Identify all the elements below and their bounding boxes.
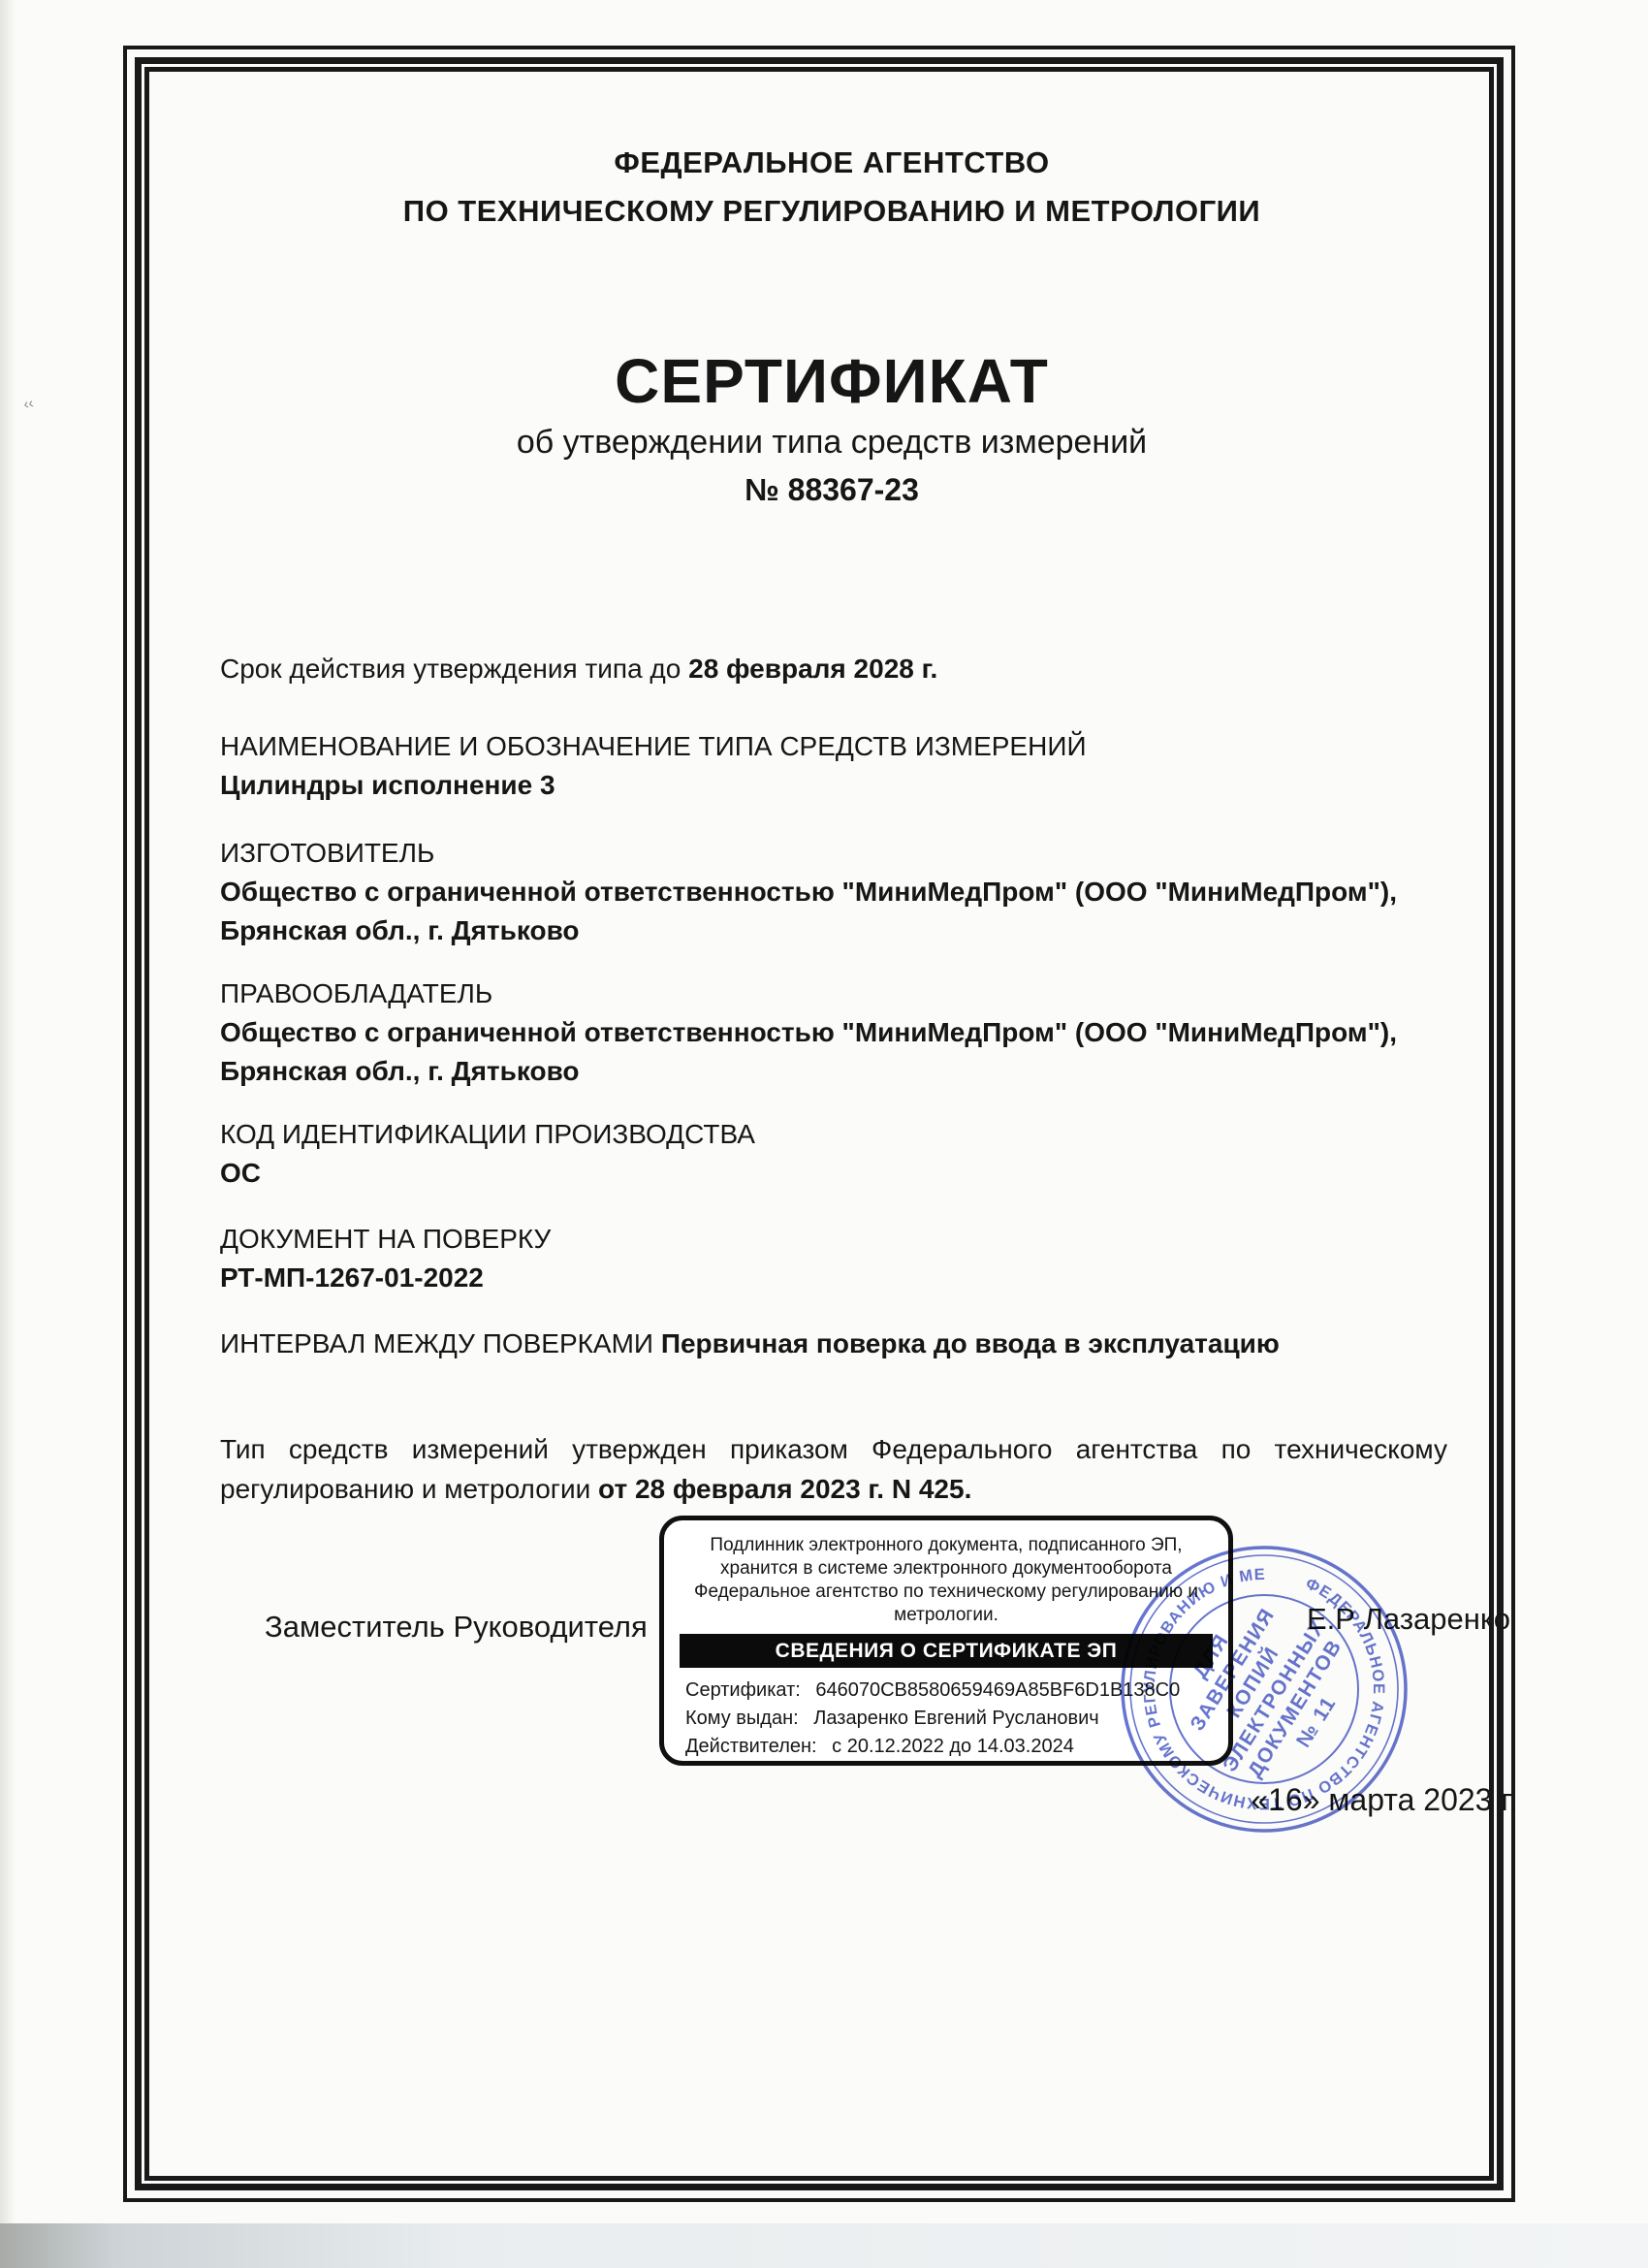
section-manufacturer: ИЗГОТОВИТЕЛЬ Общество с ограниченной отв…	[220, 834, 1447, 950]
section-label: ДОКУМЕНТ НА ПОВЕРКУ	[220, 1220, 1447, 1259]
validity-value: 28 февраля 2028 г.	[688, 654, 937, 684]
section-production-id-code: КОД ИДЕНТИФИКАЦИИ ПРОИЗВОДСТВА ОС	[220, 1115, 1447, 1193]
approval-paragraph-line1: Тип средств измерений утвержден приказом…	[220, 1430, 1447, 1469]
validity-line: Срок действия утверждения типа до 28 фев…	[220, 650, 1447, 688]
section-label: ИЗГОТОВИТЕЛЬ	[220, 834, 1447, 873]
esign-row-value: Лазаренко Евгений Русланович	[813, 1708, 1098, 1729]
scan-edge-left	[0, 0, 16, 2268]
validity-label: Срок действия утверждения типа до	[220, 654, 681, 684]
scan-edge-bottom	[0, 2223, 1648, 2268]
section-label: КОД ИДЕНТИФИКАЦИИ ПРОИЗВОДСТВА	[220, 1115, 1447, 1154]
interval-label: ИНТЕРВАЛ МЕЖДУ ПОВЕРКАМИ	[220, 1328, 653, 1358]
section-value-line1: Общество с ограниченной ответственностью…	[220, 1013, 1447, 1052]
section-label: ПРАВООБЛАДАТЕЛЬ	[220, 974, 1447, 1013]
section-type-name: НАИМЕНОВАНИЕ И ОБОЗНАЧЕНИЕ ТИПА СРЕДСТВ …	[220, 727, 1447, 805]
section-value: РТ-МП-1267-01-2022	[220, 1259, 1447, 1297]
verification-interval-line: ИНТЕРВАЛ МЕЖДУ ПОВЕРКАМИ Первичная повер…	[220, 1325, 1447, 1363]
agency-name-line2: ПО ТЕХНИЧЕСКОМУ РЕГУЛИРОВАНИЮ И МЕТРОЛОГ…	[220, 194, 1443, 229]
certificate-title: СЕРТИФИКАТ	[220, 345, 1443, 417]
section-value-line2: Брянская обл., г. Дятьково	[220, 911, 1447, 950]
section-value-line2: Брянская обл., г. Дятьково	[220, 1052, 1447, 1091]
esign-row-label: Сертификат:	[685, 1679, 801, 1701]
agency-name-line1: ФЕДЕРАЛЬНОЕ АГЕНТСТВО	[220, 145, 1443, 180]
approval-line2-regular: регулированию и метрологии	[220, 1474, 590, 1504]
interval-value: Первичная поверка до ввода в эксплуатаци…	[661, 1328, 1280, 1358]
approval-line2-bold: от 28 февраля 2023 г. N 425.	[598, 1474, 971, 1504]
esign-row-label: Кому выдан:	[685, 1708, 799, 1729]
section-value-line1: Общество с ограниченной ответственностью…	[220, 873, 1447, 911]
section-label: НАИМЕНОВАНИЕ И ОБОЗНАЧЕНИЕ ТИПА СРЕДСТВ …	[220, 727, 1447, 766]
approval-paragraph-line2: регулированию и метрологии от 28 февраля…	[220, 1470, 1447, 1509]
signer-position-title: Заместитель Руководителя	[265, 1610, 648, 1645]
certificate-scan-page: ‹‹ ФЕДЕРАЛЬНОЕ АГЕНТСТВО ПО ТЕХНИЧЕСКОМУ…	[0, 0, 1648, 2268]
section-verification-document: ДОКУМЕНТ НА ПОВЕРКУ РТ-МП-1267-01-2022	[220, 1220, 1447, 1297]
esign-row-value: с 20.12.2022 до 14.03.2024	[832, 1736, 1074, 1757]
section-value: Цилиндры исполнение 3	[220, 766, 1447, 805]
round-ink-stamp: ФЕДЕРАЛЬНОЕ АГЕНТСТВО ПО ТЕХНИЧЕСКОМУ РЕ…	[1117, 1542, 1411, 1837]
section-rights-holder: ПРАВООБЛАДАТЕЛЬ Общество с ограниченной …	[220, 974, 1447, 1091]
esign-row-label: Действителен:	[685, 1736, 817, 1757]
scan-speck: ‹‹	[22, 395, 35, 409]
certificate-subtitle: об утверждении типа средств измерений	[220, 424, 1443, 462]
section-value: ОС	[220, 1154, 1447, 1193]
certificate-number: № 88367-23	[220, 472, 1443, 508]
